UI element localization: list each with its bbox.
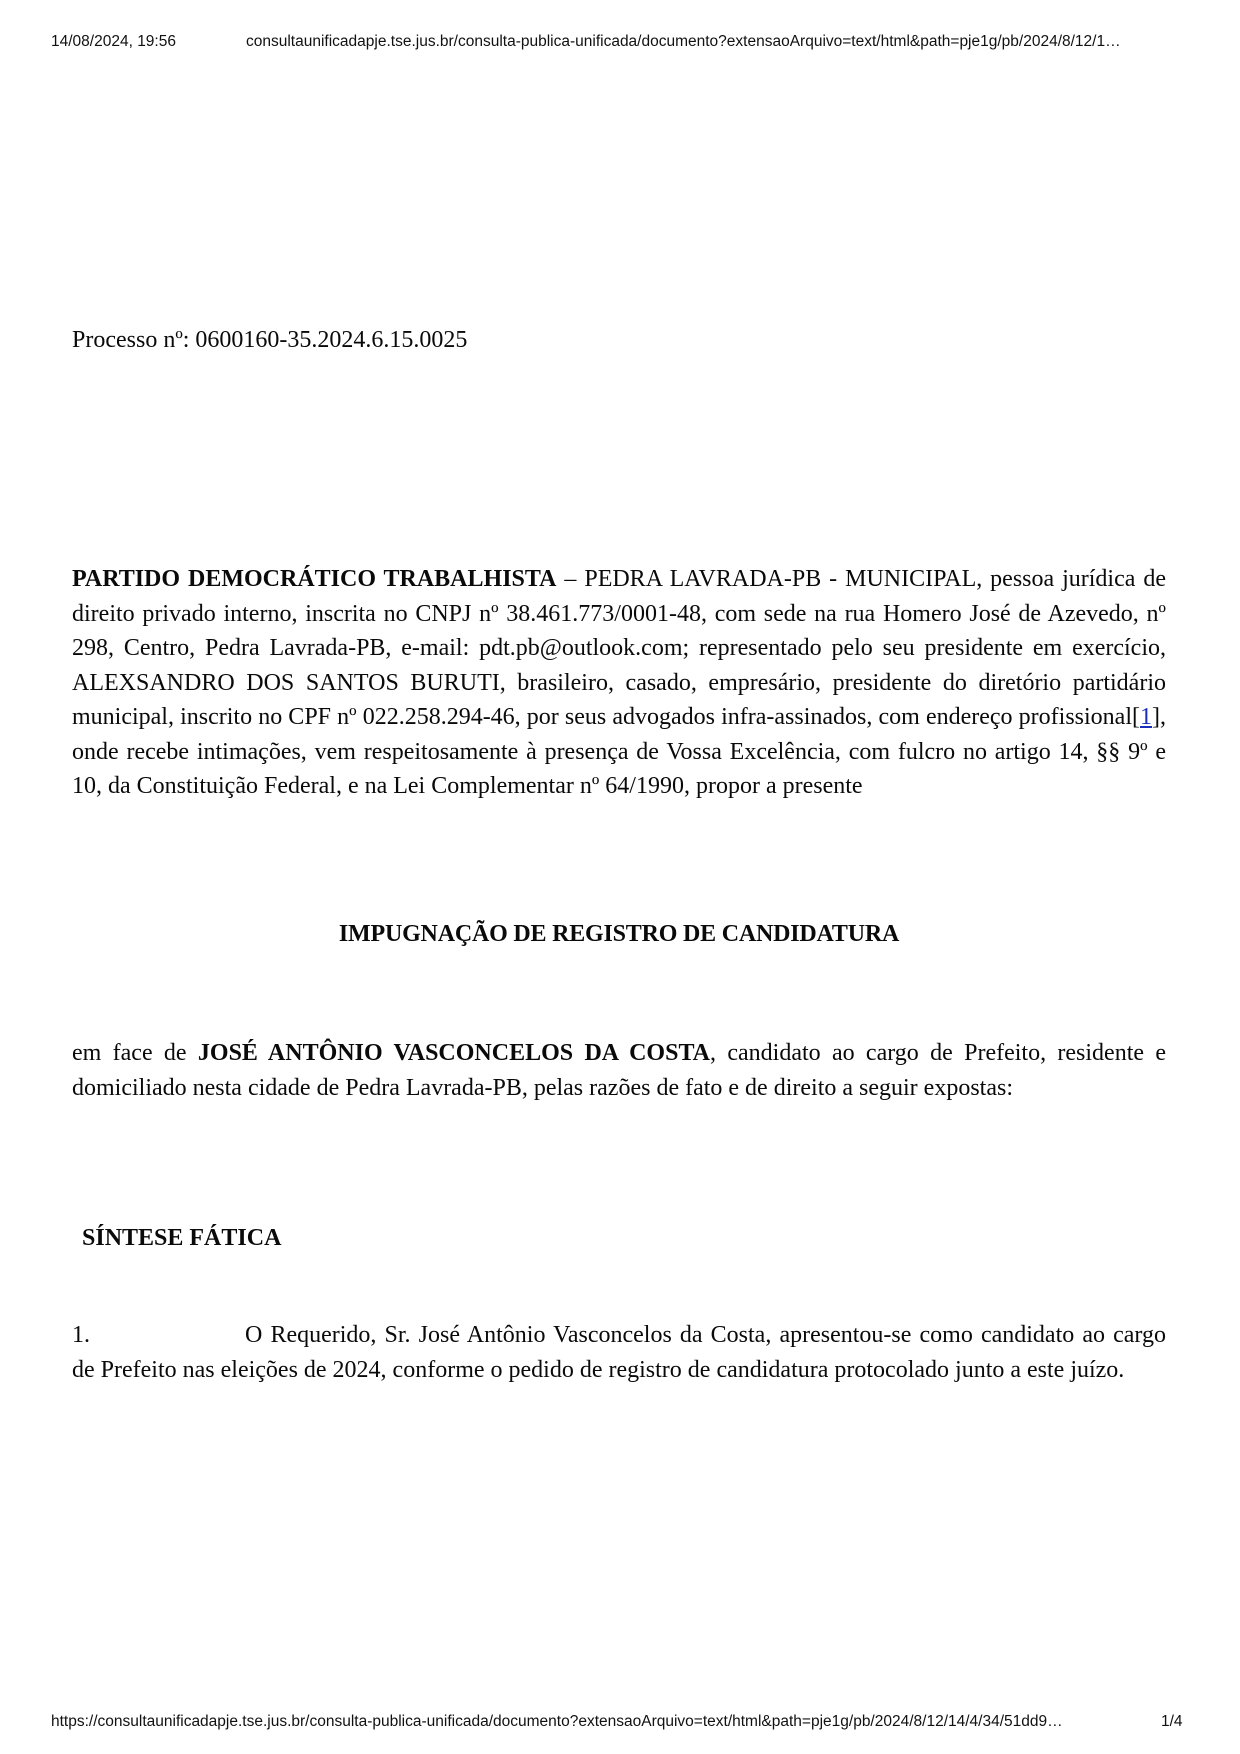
page-indicator: 1/4 xyxy=(1161,1713,1183,1731)
respondent-prefix: em face de xyxy=(72,1040,198,1066)
party-name: PARTIDO DEMOCRÁTICO TRABALHISTA xyxy=(72,566,556,592)
section-heading: SÍNTESE FÁTICA xyxy=(82,1221,1176,1256)
footnote-open-bracket: [ xyxy=(1132,704,1140,730)
print-header-url: consultaunificadapje.tse.jus.br/consulta… xyxy=(246,33,1121,51)
footnote-link-1[interactable]: 1 xyxy=(1140,704,1152,730)
print-datetime: 14/08/2024, 19:56 xyxy=(51,33,176,51)
intro-paragraph: PARTIDO DEMOCRÁTICO TRABALHISTA – PEDRA … xyxy=(72,562,1166,804)
footnote-close-bracket: ] xyxy=(1152,704,1160,730)
print-footer-url: https://consultaunificadapje.tse.jus.br/… xyxy=(51,1713,1063,1731)
paragraph-number: 1. xyxy=(72,1318,245,1353)
respondent-paragraph: em face de JOSÉ ANTÔNIO VASCONCELOS DA C… xyxy=(72,1036,1166,1105)
action-title: IMPUGNAÇÃO DE REGISTRO DE CANDIDATURA xyxy=(72,917,1166,952)
numbered-paragraph: 1.O Requerido, Sr. José Antônio Vasconce… xyxy=(72,1318,1166,1387)
respondent-name: JOSÉ ANTÔNIO VASCONCELOS DA COSTA xyxy=(198,1040,710,1066)
process-number: Processo nº: 0600160-35.2024.6.15.0025 xyxy=(72,323,1166,358)
